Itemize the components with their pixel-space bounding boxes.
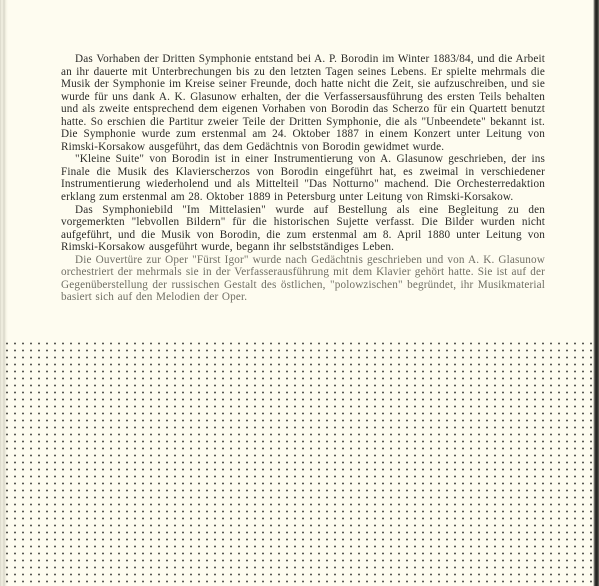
paragraph-little-suite: "Kleine Suite" von Borodin ist in einer …	[61, 153, 545, 203]
body-text: Das Vorhaben der Dritten Symphonie entst…	[61, 53, 545, 304]
paragraph-central-asia: Das Symphoniebild "Im Mittelasien" wurde…	[61, 204, 545, 254]
paragraph-third-symphony: Das Vorhaben der Dritten Symphonie entst…	[61, 53, 545, 153]
scanned-page: Das Vorhaben der Dritten Symphonie entst…	[0, 0, 599, 586]
halftone-dot-overlay	[0, 338, 593, 586]
paragraph-prince-igor-overture: Die Ouvertüre zur Oper "Fürst Igor" wurd…	[61, 254, 545, 304]
page-right-edge	[593, 0, 599, 586]
